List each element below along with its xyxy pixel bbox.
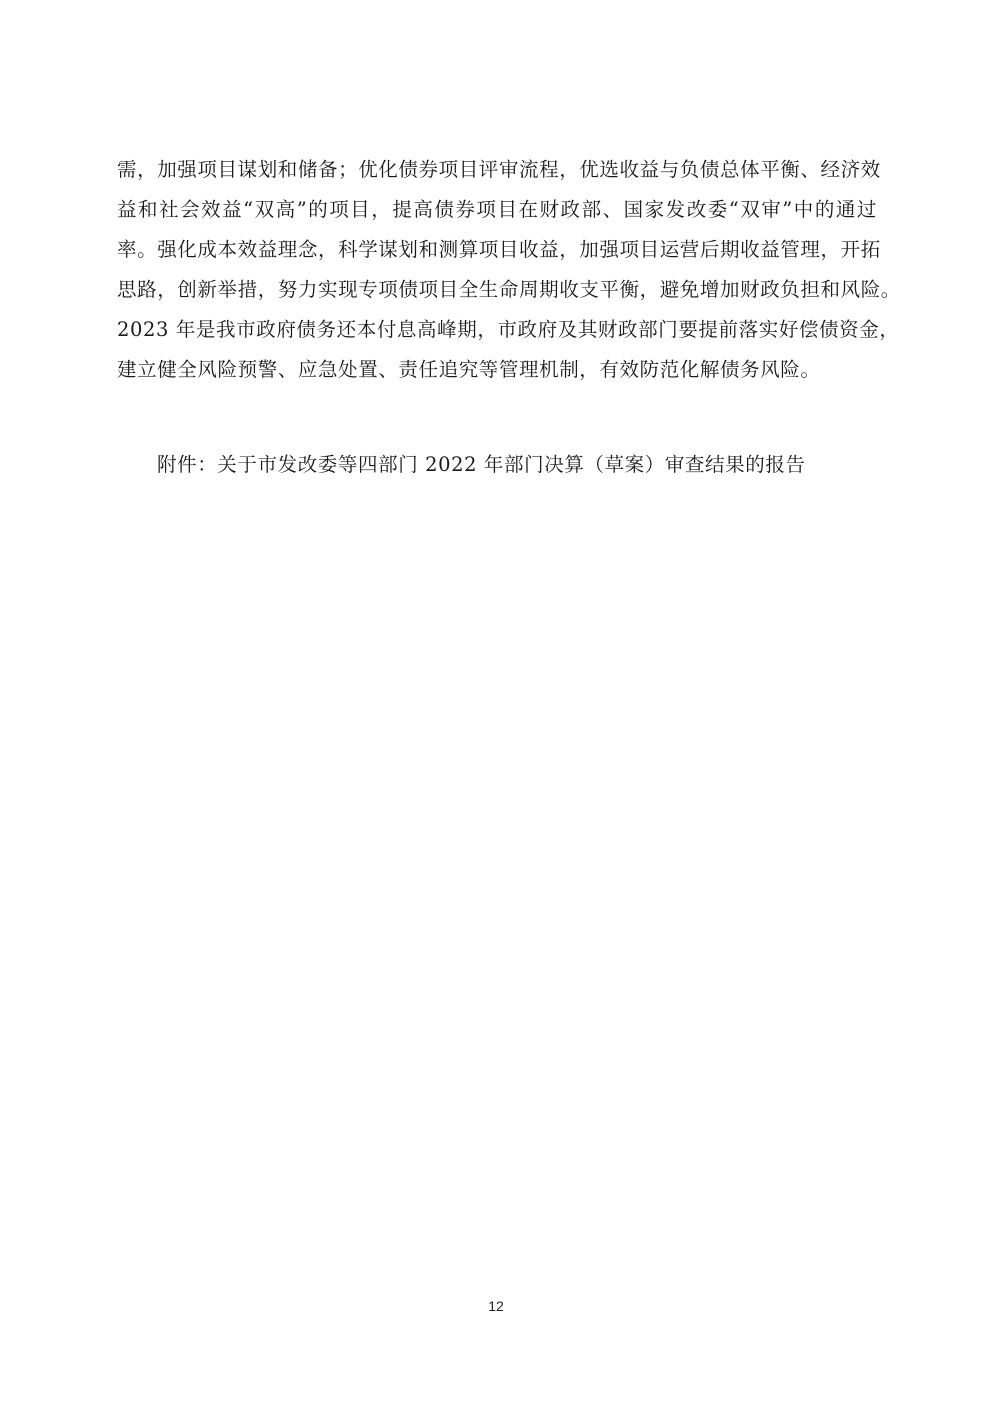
document-page: 需，加强项目谋划和储备；优化债券项目评审流程，优选收益与负债总体平衡、经济效 益…: [0, 0, 992, 1403]
paragraph-line: 建立健全风险预警、应急处置、责任追究等管理机制，有效防范化解债务风险。: [117, 350, 877, 390]
body-paragraph: 需，加强项目谋划和储备；优化债券项目评审流程，优选收益与负债总体平衡、经济效 益…: [117, 150, 877, 390]
paragraph-line: 思路，创新举措，努力实现专项债项目全生命周期收支平衡，避免增加财政负担和风险。: [117, 270, 877, 310]
paragraph-line: 需，加强项目谋划和储备；优化债券项目评审流程，优选收益与负债总体平衡、经济效: [117, 150, 877, 190]
attachment-note: 附件：关于市发改委等四部门 2022 年部门决算（草案）审查结果的报告: [157, 445, 806, 485]
paragraph-line: 率。强化成本效益理念，科学谋划和测算项目收益，加强项目运营后期收益管理，开拓: [117, 230, 877, 270]
page-number: 12: [0, 1298, 992, 1314]
paragraph-line: 益和社会效益“双高”的项目，提高债券项目在财政部、国家发改委“双审”中的通过: [117, 190, 877, 230]
paragraph-line: 2023 年是我市政府债务还本付息高峰期，市政府及其财政部门要提前落实好偿债资金…: [117, 310, 877, 350]
